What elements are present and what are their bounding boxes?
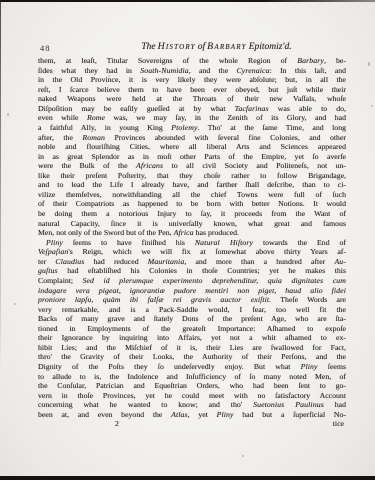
text-line: natural Capacity, ſince it is univerſall… [38, 219, 346, 229]
text-line: Men, not only of the Sword but of the Pe… [38, 228, 346, 238]
title-word-barbary: Barbary [207, 41, 247, 52]
text-line: tioned in Employments of the greateſt Im… [38, 324, 346, 334]
title-word-history: History [158, 41, 196, 52]
text-line: were the Bulk of the Africans to all civ… [38, 161, 346, 171]
text-line: in the Old Province, it is very likely t… [38, 75, 346, 85]
text-line: concerning what he wanted to know; and t… [38, 400, 346, 410]
scan-edge-bottom [0, 476, 375, 480]
text-block: them, at leaſt, Titular Sovereigns of th… [38, 56, 346, 429]
text-line: vern in thoſe Provinces, yet he could me… [38, 391, 346, 401]
text-line: very remarkable, and is a Pack-Saddle wo… [38, 305, 346, 315]
text-line: Complaint; Sed id plerumque experimento … [38, 276, 346, 286]
scan-speck [242, 455, 244, 457]
signature-line: 2 tice [38, 419, 346, 429]
text-line: reſt, I ſcarce believe them to have been… [38, 85, 346, 95]
paragraph-2: Pliny ſeems to have finiſhed his Natural… [38, 238, 346, 420]
text-line: Veſpaſian's Reign, which we will fix at … [38, 247, 346, 257]
title-word-of: of [198, 42, 205, 52]
text-line: Dignity of the Poſts they ſo undeſervedl… [38, 362, 346, 372]
text-line: Pliny ſeems to have finiſhed his Natural… [38, 238, 346, 248]
text-line: like their preſent Poſterity, that they … [38, 171, 346, 181]
text-line: to allude to is, the Indolence and Inſuf… [38, 372, 346, 382]
paragraph-1: them, at leaſt, Titular Sovereigns of th… [38, 56, 346, 238]
scan-speck [371, 105, 373, 107]
text-line: been at, and even beyond the Atlas, yet … [38, 410, 346, 420]
text-line: indagare vera pigeat, ignorantiæ pudore … [38, 286, 346, 296]
text-line: thro' the Gravity of their Looks, the Au… [38, 352, 346, 362]
signature-mark: 2 [115, 419, 119, 429]
scan-speck [368, 62, 370, 66]
text-line: ſides what they had in South-Numidia, an… [38, 66, 346, 76]
text-line: even while Rome was, we may ſay, in the … [38, 113, 346, 123]
scan-page: 48 TheHistoryofBarbaryEpitomiz'd. them, … [0, 0, 375, 480]
scan-edge-top [0, 0, 375, 2]
text-line: after, the Roman Provinces abounded with… [38, 133, 346, 143]
title-word-epitomizd: Epitomiz'd. [249, 42, 292, 52]
text-line: naked Weapons were held at the Throats o… [38, 94, 346, 104]
scan-speck [14, 303, 16, 305]
text-line: and to lead the Life I already have, and… [38, 180, 346, 190]
page-number: 48 [40, 43, 51, 53]
text-line: Diſpoſition may be eaſily gueſſed at by … [38, 104, 346, 114]
catchword: tice [333, 419, 344, 429]
scan-speck [7, 113, 9, 116]
text-line: them, at leaſt, Titular Sovereigns of th… [38, 56, 346, 66]
page-header: 48 TheHistoryofBarbaryEpitomiz'd. [38, 41, 345, 54]
scan-edge-left [0, 0, 1, 374]
text-line: be doing them a notorious Injury to ſay,… [38, 209, 346, 219]
text-line: of their Compatriots as happened to be b… [38, 199, 346, 209]
running-title: TheHistoryofBarbaryEpitomiz'd. [38, 41, 345, 52]
text-line: a faithful Ally, in young King Ptolemy. … [38, 123, 346, 133]
text-line: the Conſular, Patrician and Equeſtrian O… [38, 381, 346, 391]
text-line: noble and flouriſhing Cities, where all … [38, 142, 346, 152]
text-line: guſtus had eſtabliſhed his Colonies in t… [38, 266, 346, 276]
title-word-the: The [141, 42, 155, 52]
text-line: in as great Splendor as in moſt other Pa… [38, 152, 346, 162]
text-line: their Ignorance by inquiring into Affair… [38, 333, 346, 343]
text-line: hibit Lies; and the Miſchief of it is, t… [38, 343, 346, 353]
text-line: proniore lapſu, quàm ibi falſæ rei gravi… [38, 295, 346, 305]
text-line: ter Claudius had reduced Mauritania, and… [38, 257, 346, 267]
text-line: vilize themſelves, notwithſtanding all t… [38, 190, 346, 200]
text-line: Backs of many grave and ſtately Dons of … [38, 314, 346, 324]
